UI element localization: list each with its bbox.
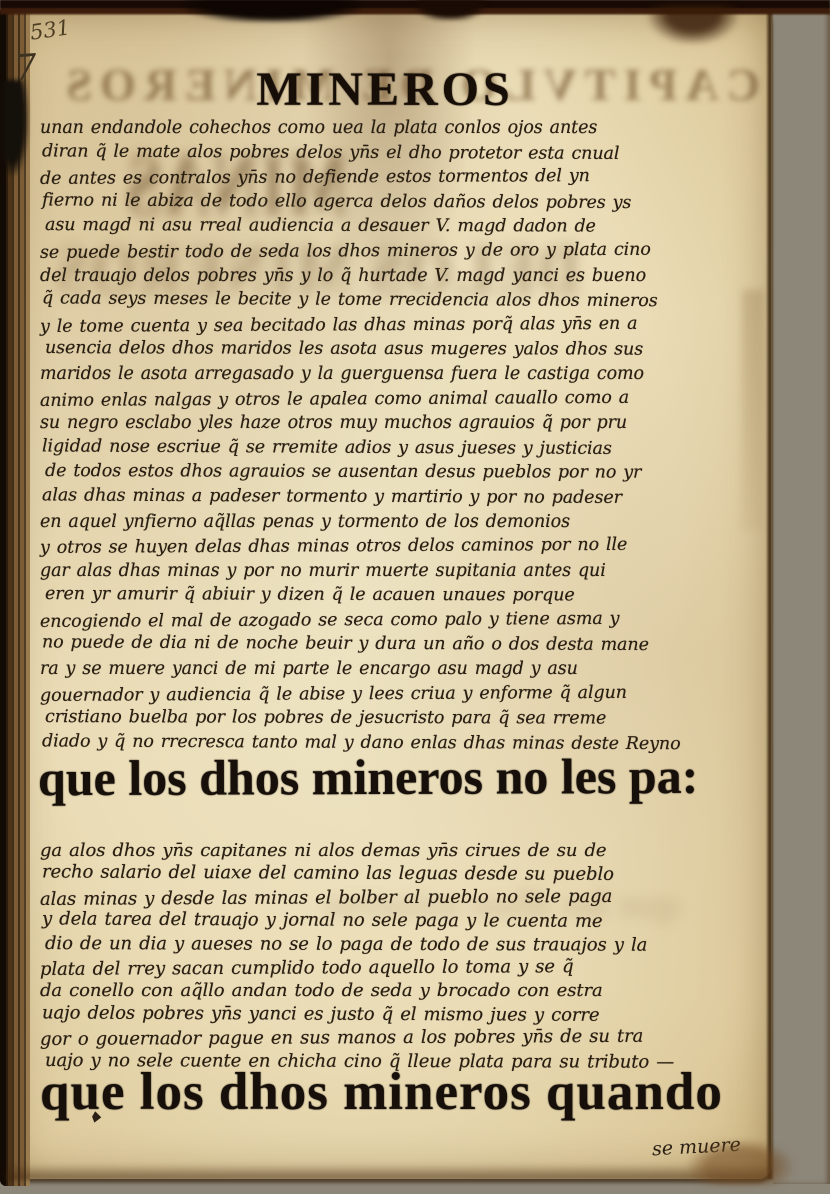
manuscript-line: y otros se huyen delas dhas minas otros … — [40, 534, 768, 562]
manuscript-line: ligidad nose escriue q̃ se rremite adios… — [42, 436, 770, 464]
section-heading-no-paga: que los dhos mineros no les pa: — [38, 747, 699, 807]
paragraph-2: ga alos dhos yn̄s capitanes ni alos dema… — [40, 840, 768, 1074]
manuscript-line: en aquel ynfierno aq̃llas penas y tormen… — [40, 512, 768, 537]
page-title: MINEROS — [235, 62, 535, 117]
page-bottom-edge — [6, 1164, 772, 1180]
manuscript-line: su negro esclabo yles haze otros muy muc… — [40, 413, 768, 438]
manuscript-line: gouernador y audiencia q̃ le abise y lee… — [40, 682, 768, 710]
manuscript-line: dio de un dia y aueses no se lo paga de … — [45, 933, 773, 958]
manuscript-line: de antes es contralos yn̄s no defiende e… — [40, 165, 768, 193]
manuscript-line: cristiano buelba por los pobres de jesuc… — [45, 707, 773, 733]
paragraph-1: unan endandole cohechos como uea la plat… — [40, 118, 768, 757]
manuscript-line: no puede de dia ni de noche beuir y dura… — [42, 633, 770, 661]
manuscript-line: plata del rrey sacan cumplido todo aquel… — [40, 955, 768, 982]
manuscript-line: y dela tarea del trauajo y jornal no sel… — [42, 909, 770, 936]
manuscript-line: del trauajo delos pobres yn̄s y lo q̃ hu… — [40, 266, 768, 291]
section-heading-quando: que los dhos mineros quando — [40, 1062, 723, 1122]
manuscript-line: ra y se muere yanci de mi parte le encar… — [40, 659, 768, 684]
top-stain — [415, 0, 485, 20]
manuscript-line: diran q̃ le mate alos pobres delos yn̄s … — [42, 141, 770, 169]
manuscript-line: q̃ cada seys meses le becite y le tome r… — [42, 289, 770, 317]
manuscript-line: maridos le asota arregasado y la guergue… — [40, 364, 768, 389]
manuscript-line: y le tome cuenta y sea becitado las dhas… — [40, 313, 768, 341]
manuscript-line: eren yr amurir q̃ abiuir y dizen q̃ le a… — [45, 584, 773, 610]
manuscript-line: da conello con aq̃llo andan todo de seda… — [40, 980, 768, 1003]
manuscript-line: usencia delos dhos maridos les asota asu… — [45, 338, 773, 364]
top-right-stain — [648, 6, 738, 44]
manuscript-line: gar alas dhas minas y por no murir muert… — [40, 561, 768, 586]
quire-number: 7 — [13, 47, 39, 89]
manuscript-line: animo enlas nalgas y otros le apalea com… — [40, 387, 768, 415]
book-binding — [0, 8, 30, 1186]
manuscript-line: alas dhas minas a padeser tormento y mar… — [42, 485, 770, 513]
manuscript-scan: CAPITVLO DE MINEROS MINAS DELOS MINEROS … — [0, 0, 830, 1194]
manuscript-line: fierno ni le abiza de todo ello agerca d… — [42, 190, 770, 218]
next-page-edge — [773, 4, 830, 1184]
manuscript-line: se puede bestir todo de seda los dhos mi… — [40, 239, 768, 267]
manuscript-line: de todos estos dhos agrauios se ausentan… — [45, 461, 773, 487]
manuscript-line: gor o gouernador pague en sus manos a lo… — [40, 1025, 768, 1052]
manuscript-line: asu magd ni asu rreal audiencia a desaue… — [45, 215, 773, 241]
manuscript-line: ga alos dhos yn̄s capitanes ni alos dema… — [40, 840, 768, 863]
manuscript-line: unan endandole cohechos como uea la plat… — [40, 118, 768, 143]
top-stain — [185, 0, 360, 22]
manuscript-line: recho salario del uiaxe del camino las l… — [42, 862, 770, 889]
ink-blot — [2, 80, 28, 175]
bottom-right-stain — [688, 1140, 793, 1185]
